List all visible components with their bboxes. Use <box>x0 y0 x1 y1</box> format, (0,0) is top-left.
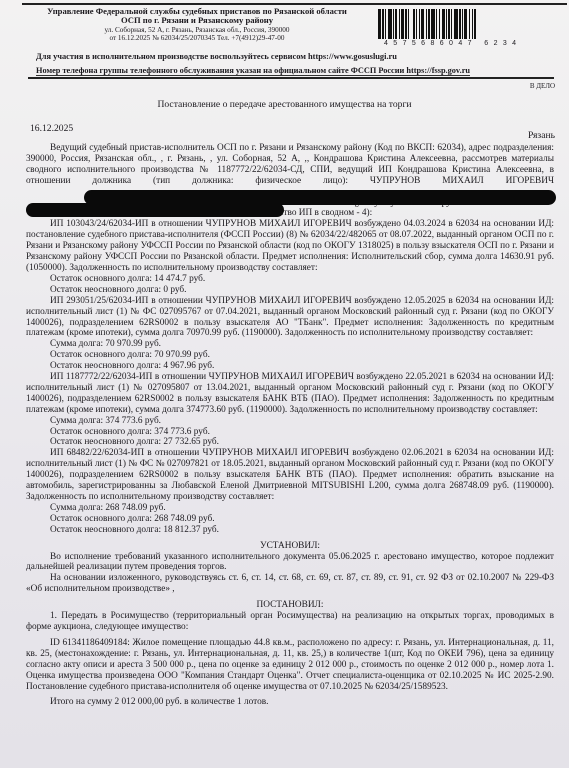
resolved-item-1: 1. Передать в Росимущество (территориаль… <box>26 611 554 633</box>
proceeding-4: ИП 68482/22/62034-ИП в отношении ЧУПРУНО… <box>26 448 554 535</box>
document-title: Постановление о передаче арестованного и… <box>0 99 569 110</box>
top-rule <box>22 3 567 5</box>
proceeding-1: ИП 103043/24/62034-ИП в отношении ЧУПРУН… <box>26 219 554 295</box>
department-name: ОСП по г. Рязани и Рязанскому району <box>22 16 372 25</box>
document-city: Рязань <box>528 130 555 141</box>
agency-address: ул. Соборная, 52 А, г. Рязань, Рязанская… <box>22 26 372 34</box>
document-page: Управление Федеральной службы судебных п… <box>0 0 569 768</box>
barcode-number: 4575686047 6234 <box>384 40 564 47</box>
document-body: Ведущий судебный пристав-исполнитель ОСП… <box>26 143 554 708</box>
resolved-heading: ПОСТАНОВИЛ: <box>26 600 554 611</box>
redaction-bar <box>26 203 284 217</box>
basis-paragraph: На основании изложенного, руководствуясь… <box>26 573 554 595</box>
file-stamp: В ДЕЛО <box>530 82 555 90</box>
gosuslugi-notice: Для участия в исполнительном производств… <box>36 52 397 61</box>
agency-header: Управление Федеральной службы судебных п… <box>22 7 372 42</box>
document-reference: от 16.12.2025 № 62034/25/2070345 Тел. +7… <box>22 34 372 42</box>
property-description: ID 61341186409184: Жилое помещение площа… <box>26 638 554 693</box>
phone-notice: Номер телефона группы телефонного обслуж… <box>36 66 470 76</box>
proceeding-3: ИП 1187772/22/62034-ИП в отношении ЧУПРУ… <box>26 372 554 448</box>
total-summary: Итого на сумму 2 012 000,00 руб. в колич… <box>26 697 554 708</box>
barcode <box>378 9 564 39</box>
header-rule <box>28 77 554 79</box>
proceeding-2: ИП 293051/25/62034-ИП в отношении ЧУПРУН… <box>26 296 554 372</box>
established-heading: УСТАНОВИЛ: <box>26 541 554 552</box>
established-paragraph: Во исполнение требований указанного испо… <box>26 552 554 574</box>
document-date: 16.12.2025 <box>30 123 73 134</box>
